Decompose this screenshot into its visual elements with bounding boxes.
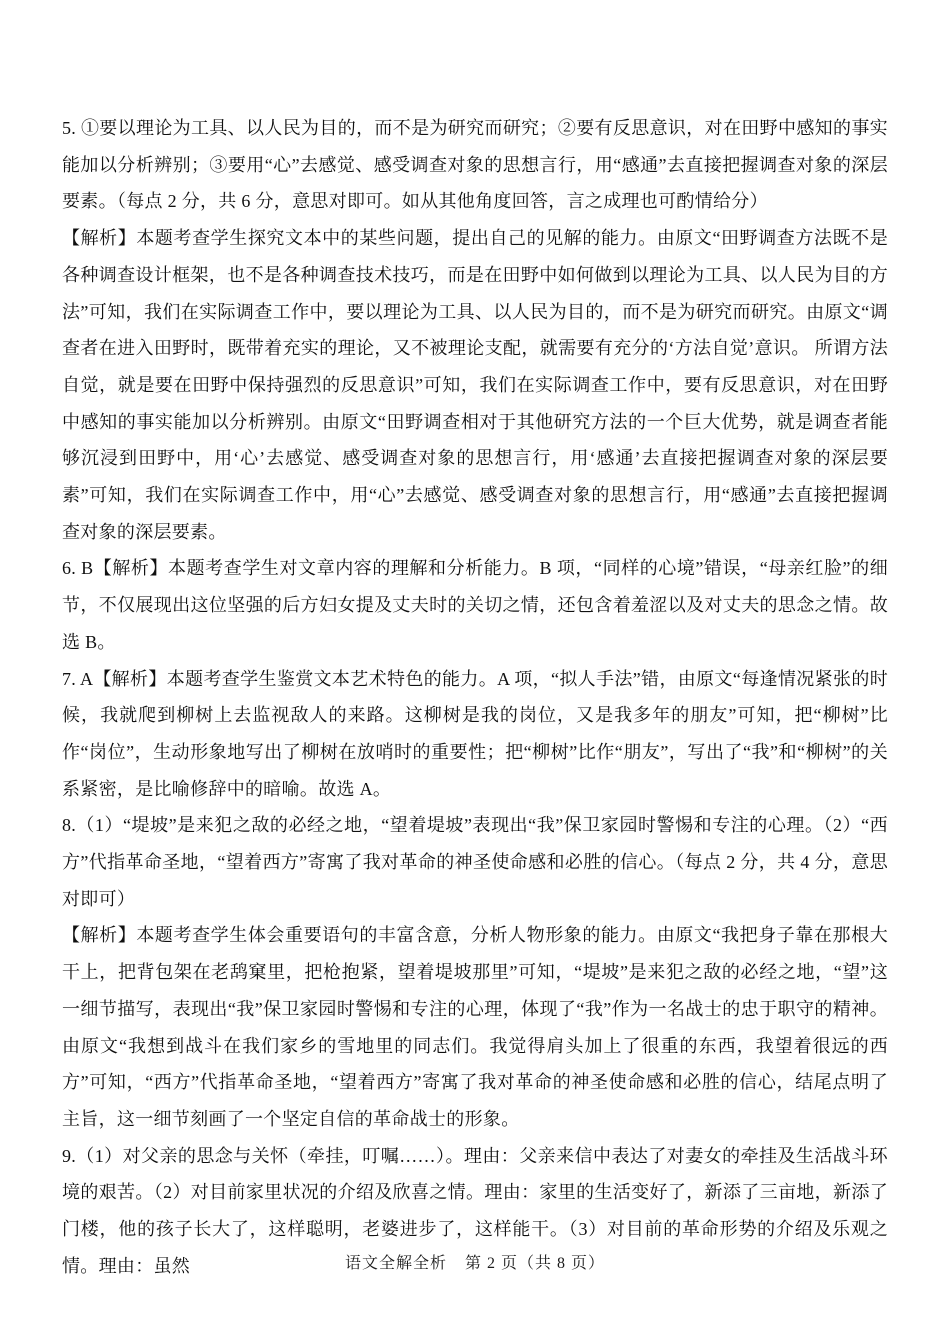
answer-item-8: 8.（1）“堤坡”是来犯之敌的必经之地，“望着堤坡”表现出“我”保卫家园时警惕和… [62,807,888,917]
answer-key-content: 5. ①要以理论为工具、以人民为目的，而不是为研究而研究；②要有反思意识，对在田… [62,110,888,1285]
footer-document-title: 语文全解全析 [345,1255,447,1272]
analysis-item-8: 【解析】本题考查学生体会重要语句的丰富含意，分析人物形象的能力。由原文“我把身子… [62,917,888,1137]
answer-item-5: 5. ①要以理论为工具、以人民为目的，而不是为研究而研究；②要有反思意识，对在田… [62,110,888,220]
footer-page-indicator: 第 2 页（共 8 页） [465,1255,605,1272]
answer-item-7: 7. A【解析】本题考查学生鉴赏文本艺术特色的能力。A 项，“拟人手法”错，由原… [62,661,888,808]
page-footer: 语文全解全析第 2 页（共 8 页） [0,1250,950,1273]
answer-item-6: 6. B【解析】本题考查学生对文章内容的理解和分析能力。B 项，“同样的心境”错… [62,550,888,660]
document-page: 5. ①要以理论为工具、以人民为目的，而不是为研究而研究；②要有反思意识，对在田… [0,0,950,1344]
analysis-item-5: 【解析】本题考查学生探究文本中的某些问题，提出自己的见解的能力。由原文“田野调查… [62,220,888,550]
